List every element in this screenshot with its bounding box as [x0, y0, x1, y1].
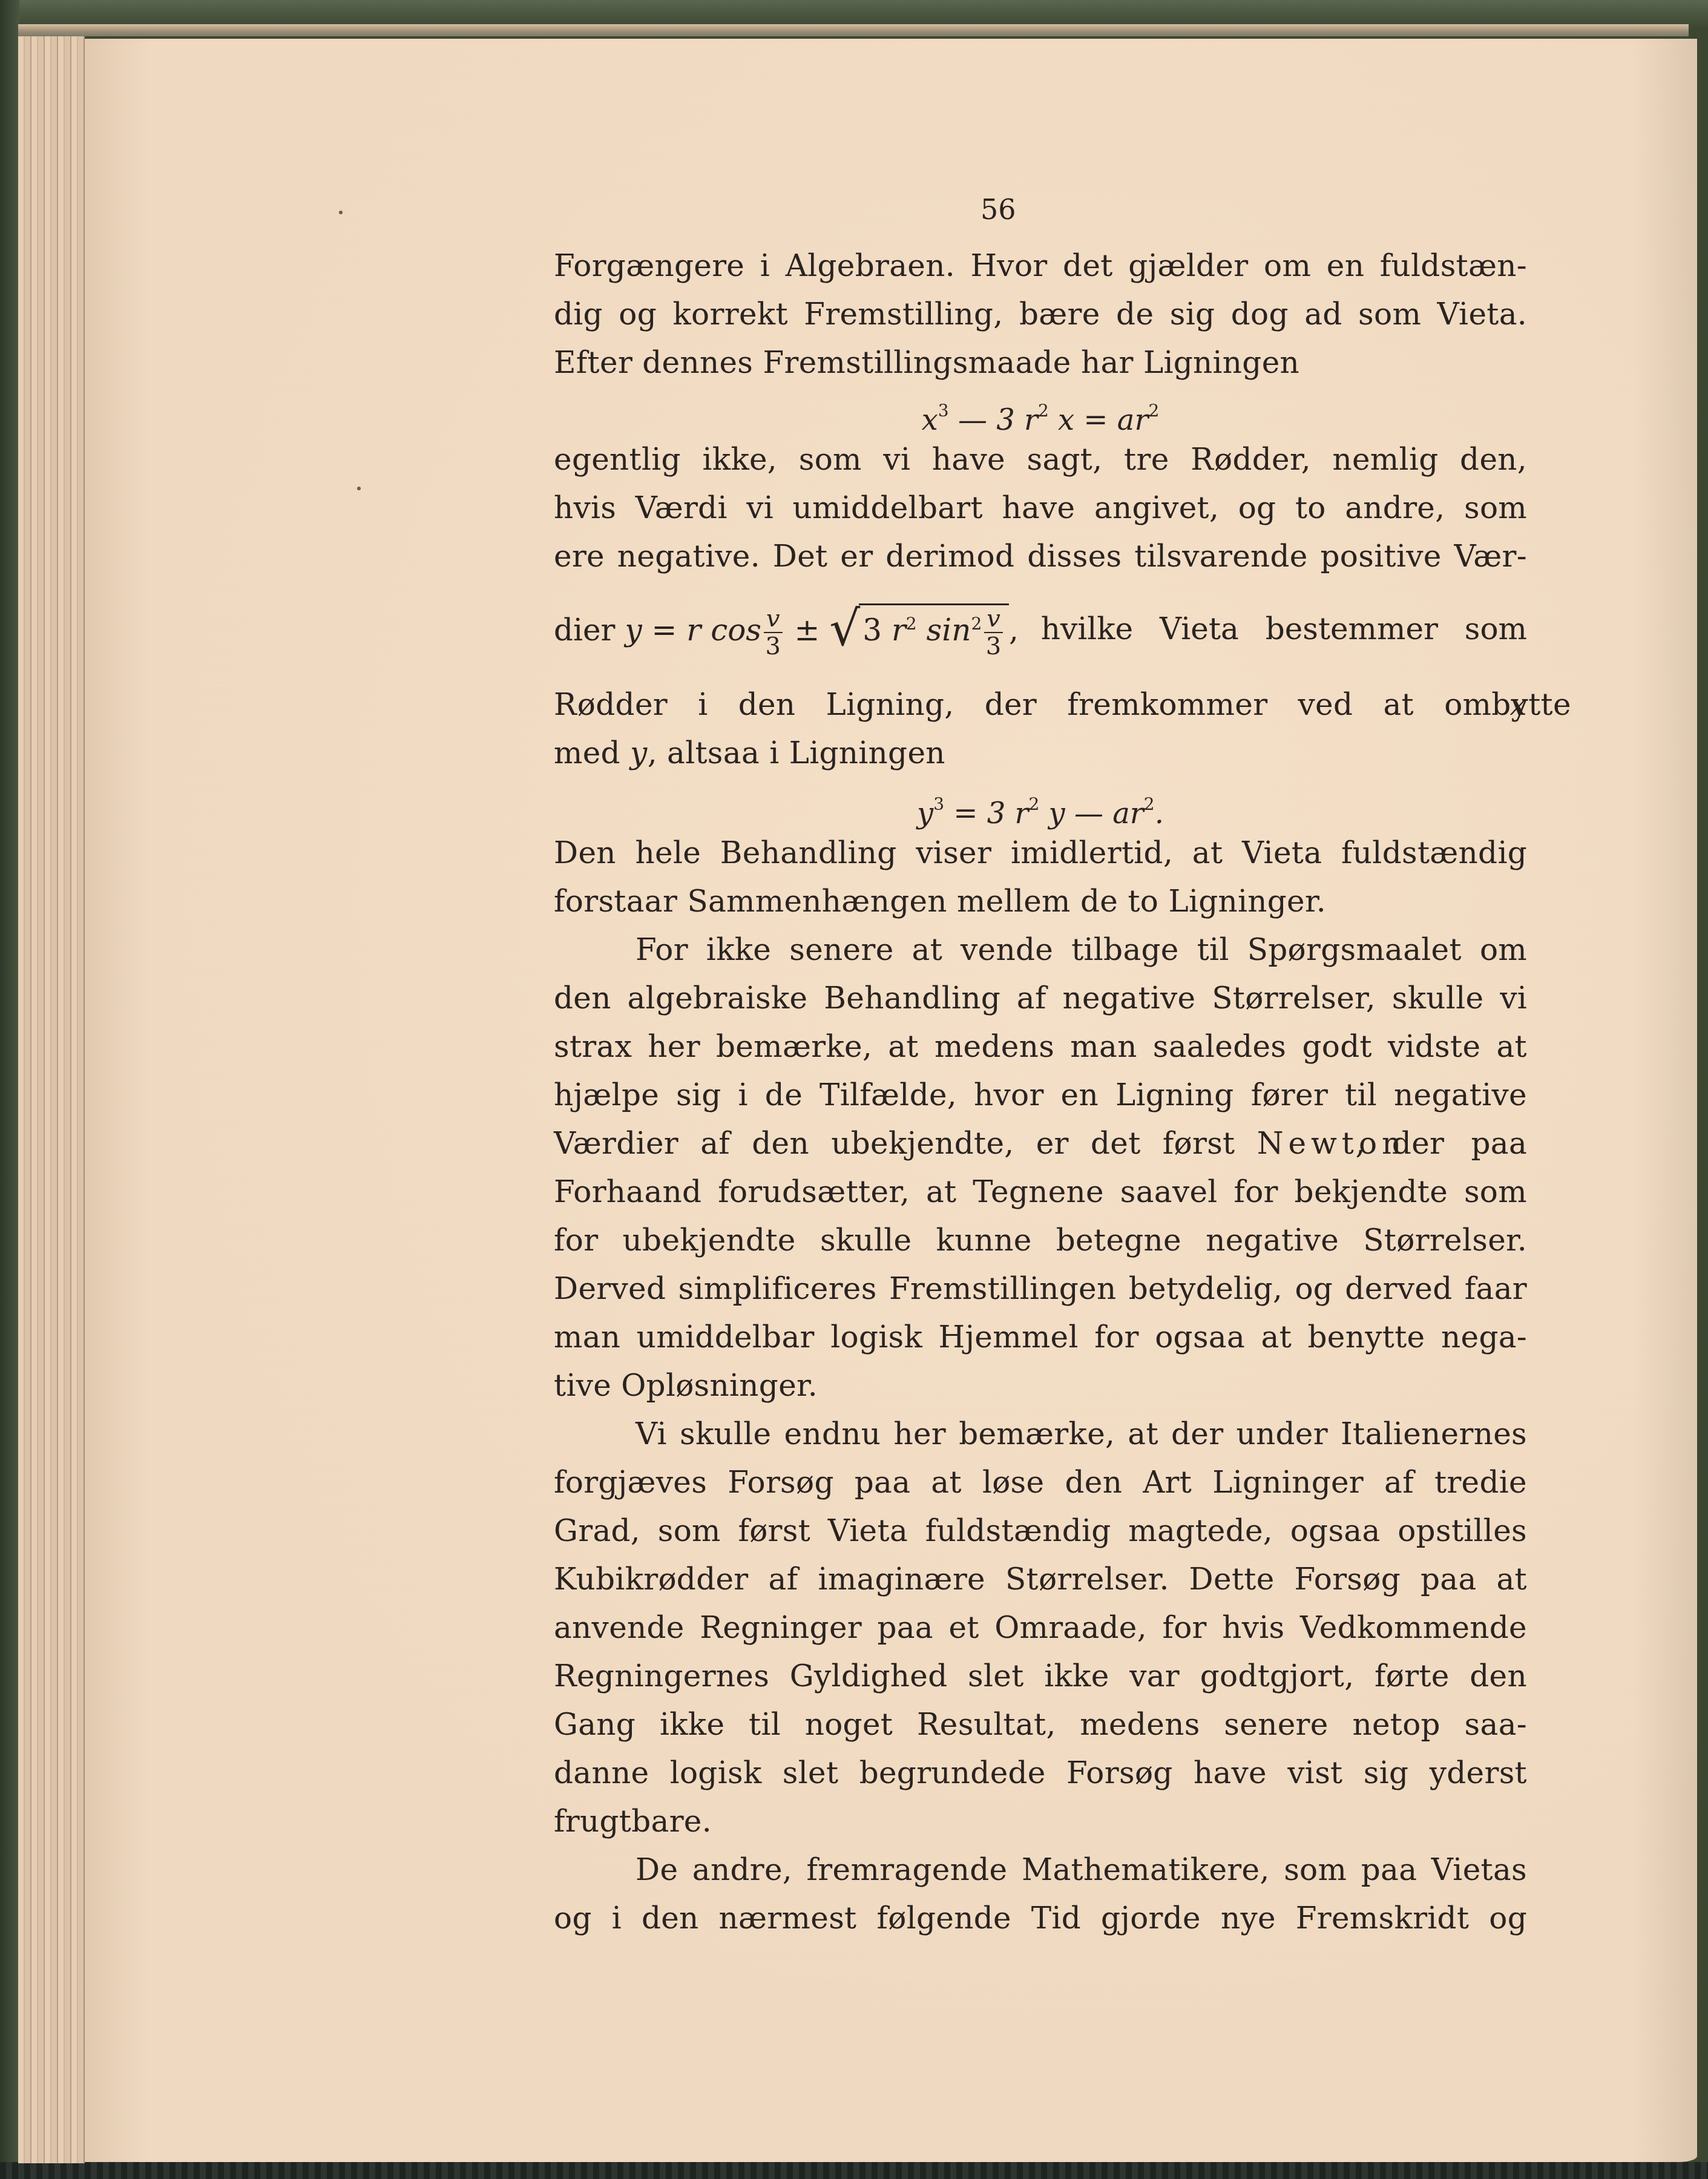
text-line: Grad, som først Vieta fuldstændig magted…: [554, 1507, 1527, 1555]
text-line: forgjæves Forsøg paa at løse den Art Lig…: [554, 1458, 1527, 1507]
text-line: ere negative. Det er derimod disses tils…: [554, 532, 1527, 580]
formula-exp: 2: [1144, 794, 1155, 814]
formula-exp: 2: [1029, 794, 1040, 814]
formula-var: y: [917, 797, 933, 830]
exp: 2: [971, 614, 982, 634]
text-line: Forhaand forudsætter, at Tegnene saavel …: [554, 1168, 1527, 1216]
root-expression-line: dier y = r cosv3 ± √3 r2 sin2v3, hvilke …: [554, 590, 1527, 668]
page-number: 56: [980, 193, 1016, 226]
formula-term: y — ar: [1039, 797, 1143, 830]
text-line: Derved simplificeres Fremstillingen bety…: [554, 1264, 1527, 1313]
text-line: med y, altsaa i Ligningen: [554, 729, 1527, 777]
formula-exp: 3: [933, 794, 944, 814]
book-cover-bottom: [0, 2162, 1708, 2179]
text-line: danne logisk slet begrundede Forsøg have…: [554, 1749, 1527, 1797]
text-line: Gang ikke til noget Resultat, medens sen…: [554, 1700, 1527, 1749]
text-line: man umiddelbar logisk Hjemmel for ogsaa …: [554, 1313, 1527, 1361]
text-line: frugtbare.: [554, 1797, 1527, 1845]
comma: ,: [1009, 613, 1019, 648]
text-line: hjælpe sig i de Tilfælde, hvor en Lignin…: [554, 1071, 1527, 1119]
text-line: Den hele Behandling viser imidlertid, at…: [554, 829, 1527, 877]
text-line: egentlig ikke, som vi have sagt, tre Rød…: [554, 435, 1527, 484]
text-fragment: , der paa: [1355, 1119, 1527, 1168]
math-equals: =: [642, 613, 687, 648]
text-line: hvis Værdi vi umiddelbart have angivet, …: [554, 484, 1527, 532]
text-line: Regningernes Gyldighed slet ikke var god…: [554, 1652, 1527, 1700]
math-cos: cos: [711, 613, 761, 648]
math-sin: sin: [927, 613, 971, 648]
math-var-y: y: [625, 613, 642, 648]
text-line: For ikke senere at vende tilbage til Spø…: [554, 925, 1527, 974]
frac-denominator: 3: [764, 633, 783, 660]
math-var-r: r: [686, 613, 701, 648]
formula-period: .: [1155, 797, 1164, 830]
square-root-icon: √: [829, 600, 860, 657]
frac-denominator: 3: [984, 633, 1003, 660]
text-line: tive Opløsninger.: [554, 1361, 1527, 1410]
text-line: dig og korrekt Fremstilling, bære de sig…: [554, 290, 1527, 338]
equation-cubic: x3 — 3 r2 x = ar2: [554, 387, 1527, 435]
text-line: De andre, fremragende Mathematikere, som…: [554, 1845, 1527, 1894]
text-line: anvende Regninger paa et Omraade, for hv…: [554, 1603, 1527, 1652]
page-stack-edges: [18, 24, 85, 2163]
text-fragment: Værdier af den ubekjendte, er det først: [554, 1126, 1257, 1161]
formula-var: x: [922, 403, 938, 437]
book-cover-left: [0, 0, 19, 2179]
text-line: og i den nærmest følgende Tid gjorde nye…: [554, 1894, 1527, 1942]
text-line: strax her bemærke, at medens man saalede…: [554, 1022, 1527, 1071]
formula-exp: 2: [1148, 401, 1159, 421]
fraction-v-over-3: v3: [984, 605, 1003, 660]
text-line: Forgængere i Algebraen. Hvor det gjælder…: [554, 242, 1527, 290]
text-fragment: med: [554, 735, 630, 771]
math-var-y: y: [630, 735, 648, 771]
text-line: Vi skulle endnu her bemærke, at der unde…: [554, 1410, 1527, 1458]
fraction-v-over-3: v3: [764, 605, 783, 660]
frac-numerator: v: [984, 605, 1003, 633]
page-stack-top: [18, 24, 1689, 36]
text-line: Værdier af den ubekjendte, er det først …: [554, 1119, 1527, 1168]
math-var-r: r: [892, 613, 906, 648]
math-var-x: x: [1510, 680, 1528, 729]
plus-minus-sign: ±: [794, 613, 820, 648]
formula-term: = 3 r: [944, 797, 1028, 830]
frac-numerator: v: [764, 605, 783, 633]
radicand: 3 r2 sin2v3: [859, 603, 1009, 660]
text-line: den algebraiske Behandling af negative S…: [554, 974, 1527, 1022]
equation-substituted: y3 = 3 r2 y — ar2.: [554, 780, 1527, 829]
coef: 3: [862, 613, 892, 648]
text-fragment: , altsaa i Ligningen: [648, 735, 945, 771]
paper-speck: [339, 211, 343, 214]
text-line: Kubikrødder af imaginære Størrelser. Det…: [554, 1555, 1527, 1603]
formula-term: — 3 r: [949, 403, 1038, 437]
text-line: Rødder i den Ligning, der fremkommer ved…: [554, 680, 1527, 729]
formula-exp: 2: [1038, 401, 1049, 421]
paper-speck: [357, 487, 361, 490]
text-line: for ubekjendte skulle kunne betegne nega…: [554, 1216, 1527, 1264]
text-line: Efter dennes Fremstillingsmaade har Lign…: [554, 338, 1527, 387]
text-fragment: Rødder i den Ligning, der fremkommer ved…: [554, 687, 1571, 722]
text-fragment: dier: [554, 613, 616, 648]
exp: 2: [906, 614, 917, 634]
formula-term: x = ar: [1049, 403, 1149, 437]
formula-exp: 3: [938, 401, 949, 421]
book-page: 56 Forgængere i Algebraen. Hvor det gjæl…: [84, 39, 1697, 2162]
text-fragment: hvilke Vieta bestemmer som: [1041, 590, 1527, 668]
text-line: forstaar Sammenhængen mellem de to Ligni…: [554, 877, 1527, 925]
